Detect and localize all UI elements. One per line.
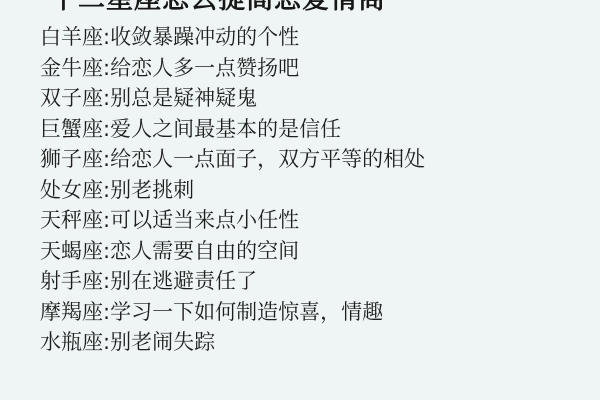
list-item-sagittarius: 射手座:别在逃避责任了: [40, 266, 425, 297]
advice-text: 学习一下如何制造惊喜，情趣: [110, 300, 383, 324]
sign-name: 天秤座: [40, 208, 103, 232]
sign-name: 金牛座: [40, 56, 103, 80]
sign-name: 天蝎座: [40, 239, 103, 263]
advice-text: 别老挑刺: [110, 178, 194, 202]
list-item-scorpio: 天蝎座:恋人需要自由的空间: [40, 236, 425, 267]
sign-name: 双子座: [40, 86, 103, 110]
advice-text: 爱人之间最基本的是信任: [110, 117, 341, 141]
advice-text: 可以适当来点小任性: [110, 208, 299, 232]
list-item-gemini: 双子座:别总是疑神疑鬼: [40, 83, 425, 114]
sign-name: 巨蟹座: [40, 117, 103, 141]
sign-name: 射手座: [40, 269, 103, 293]
sign-name: 处女座: [40, 178, 103, 202]
advice-text: 恋人需要自由的空间: [110, 239, 299, 263]
document-title: 十二星座怎么提高恋爱情商: [50, 0, 386, 17]
list-item-aries: 白羊座:收敛暴躁冲动的个性: [40, 22, 425, 53]
advice-text: 给恋人多一点赞扬吧: [110, 56, 299, 80]
list-item-libra: 天秤座:可以适当来点小任性: [40, 205, 425, 236]
advice-text: 别老闹失踪: [110, 330, 215, 354]
list-item-leo: 狮子座:给恋人一点面子，双方平等的相处: [40, 144, 425, 175]
list-item-aquarius: 水瓶座:别老闹失踪: [40, 327, 425, 358]
sign-name: 水瓶座: [40, 330, 103, 354]
sign-name: 摩羯座: [40, 300, 103, 324]
zodiac-advice-list: 白羊座:收敛暴躁冲动的个性 金牛座:给恋人多一点赞扬吧 双子座:别总是疑神疑鬼 …: [40, 22, 425, 358]
list-item-cancer: 巨蟹座:爱人之间最基本的是信任: [40, 114, 425, 145]
advice-text: 给恋人一点面子，双方平等的相处: [110, 147, 425, 171]
advice-text: 别总是疑神疑鬼: [110, 86, 257, 110]
advice-text: 收敛暴躁冲动的个性: [110, 25, 299, 49]
advice-text: 别在逃避责任了: [110, 269, 257, 293]
sign-name: 白羊座: [40, 25, 103, 49]
list-item-taurus: 金牛座:给恋人多一点赞扬吧: [40, 53, 425, 84]
sign-name: 狮子座: [40, 147, 103, 171]
list-item-virgo: 处女座:别老挑刺: [40, 175, 425, 206]
list-item-capricorn: 摩羯座:学习一下如何制造惊喜，情趣: [40, 297, 425, 328]
